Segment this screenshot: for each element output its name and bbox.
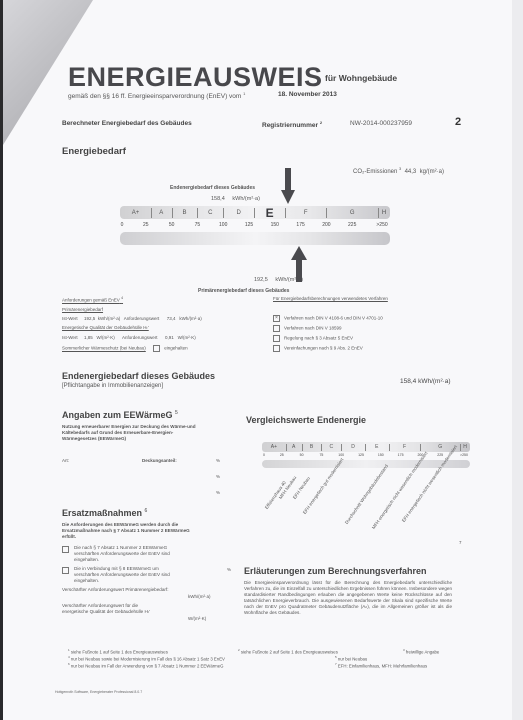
energiebedarf-heading: Energiebedarf [62,146,126,157]
class-divider [197,208,198,218]
class-divider [286,444,287,451]
verfahren-option: Verfahren nach DIN V 18599 [273,325,342,332]
header-left: Berechneter Energiebedarf des Gebäudes [62,120,192,127]
verfahren-checkbox[interactable] [273,345,280,352]
verfahren-checkbox[interactable] [273,335,280,342]
eewaermeg-col-deckung: Deckungsanteil: [142,458,177,463]
verfahren-option: ×Verfahren nach DIN V 4108-6 und DIN V 4… [273,315,383,322]
ersatz-req-primary-label: Verschärfter Anforderungswert Primärener… [62,587,172,593]
scale-tick-label: 75 [195,222,201,228]
anforderungen-heading: Anforderungen gemäß EnEV 4 [62,296,123,303]
comparison-class-b: B [302,442,322,452]
class-divider [389,444,390,451]
comparison-tick-label: 75 [319,453,323,457]
footnote-5: 5 nur bei Neubau [335,655,367,661]
scale-tick-label: 225 [348,222,356,228]
scale-tick-label: >250 [376,222,387,228]
scale-tick-label: 50 [169,222,175,228]
eewaermeg-percent-2: % [216,474,220,479]
class-divider [365,444,366,451]
energy-class-b: B [172,206,198,219]
energy-scale-bar: A+ABCDEFGH [120,206,390,219]
scale-tick-label: 25 [143,222,149,228]
end-energy-label: Endenergiebedarf dieses Gebäudes [170,185,255,191]
footnote-4: 4 nur bei Neubau sowie bei Modernisierun… [68,655,225,661]
comparison-tick-label: 125 [358,453,364,457]
eewaermeg-description: Nutzung erneuerbarer Energien zur Deckun… [62,424,197,442]
class-divider [151,208,152,218]
class-divider [223,208,224,218]
scale-tick-label: 125 [245,222,253,228]
class-divider [285,208,286,218]
hull-quality-heading: Energetische Qualität der Gebäudehülle H… [62,325,149,331]
class-divider [460,444,461,451]
ersatz-option-2-checkbox[interactable] [62,567,69,574]
energy-class-c: C [197,206,223,219]
summer-protection-row: Sommerlicher Wärmeschutz (bei Neubau) ei… [62,345,188,352]
page-number: 2 [455,116,461,128]
law-date: 18. November 2013 [278,91,337,98]
comparison-tick-label: 225 [437,453,443,457]
primary-ist-row: Ist-Wert 192,5 kWh/(m²·a) Anforderungswe… [62,316,202,321]
class-divider [378,208,379,218]
verfahren-option: Vereinfachungen nach § 9 Abs. 2 EnEV [273,345,363,352]
comparison-tick-label: 150 [378,453,384,457]
registry-number: NW-2014-000237959 [350,120,412,127]
footnote-1: 1 siehe Fußnote 1 auf Seite 1 des Energi… [68,648,168,654]
comparison-class-d: D [341,442,365,452]
comparison-class-a: A [286,442,302,452]
verfahren-heading: Für Energiebedarfsberechnungen verwendet… [273,296,388,301]
verfahren-option-label: Verfahren nach DIN V 18599 [284,326,342,331]
energy-class-h: H [378,206,390,219]
end-energy-arrow-icon [281,168,295,204]
vergleich-footnote: 7 [459,540,462,545]
hull-ist-row: Ist-Wert 1,85 W/(m²·K) Anforderungswert … [62,335,196,340]
erlaeuterungen-text: Die Energieeinsparverordnung lässt für d… [244,580,452,616]
scale-tick-label: 0 [121,222,124,228]
erlaeuterungen-heading: Erläuterungen zum Berechnungsverfahren [244,566,427,576]
ersatz-option-1-checkbox[interactable] [62,546,69,553]
law-reference: gemäß den §§ 16 ff. Energieeinsparverord… [68,91,245,100]
verfahren-option-label: Regelung nach § 3 Absatz 5 EnEV [284,336,353,341]
endenergie-summary-heading: Endenergiebedarf dieses Gebäudes [62,371,215,381]
energy-scale-lower-bar [120,232,390,245]
ersatz-heading: Ersatzmaßnahmen 6 [62,508,147,518]
scale-tick-label: 100 [219,222,227,228]
class-divider [321,444,322,451]
comparison-tick-label: 50 [300,453,304,457]
eewaermeg-col-art: Art: [62,458,69,463]
comparison-tick-label: 100 [338,453,344,457]
eewaermeg-percent-1: % [216,458,220,463]
footnote-6: 6 nur bei Neubau im Fall der Anwendung v… [68,662,223,668]
document-title: ENERGIEAUSWEIS [68,62,323,93]
comparison-class-e: E [365,442,389,452]
ersatz-req-hull-label: Verschärfter Anforderungswert für die en… [62,603,162,615]
scale-tick-label: 200 [322,222,330,228]
comparison-class-h: H [460,442,470,452]
document-subtitle: für Wohngebäude [325,73,397,83]
ersatz-option-2: Die in Verbindung mit § 8 EEWärmeG um ve… [62,566,197,584]
verfahren-option-label: Vereinfachungen nach § 9 Abs. 2 EnEV [284,346,363,351]
co2-emissions: CO₂-Emissionen 3 44,3 kg/(m²·a) [353,166,444,175]
energy-class-d: D [223,206,254,219]
software-note: Hottgenroth Software, Energieberater Pro… [55,690,142,694]
primary-energy-arrow-icon [291,246,307,282]
ersatz-req-hull-unit: W/(m²·K) [188,616,206,621]
scanner-edge [512,0,523,720]
comparison-class-c: C [321,442,341,452]
footnote-7: 7 EFH: Einfamilienhaus, MFH: Mehrfamilie… [335,662,427,668]
class-divider [326,208,327,218]
eewaermeg-heading: Angaben zum EEWärmeG 5 [62,410,178,420]
endenergie-summary-subheading: [Pflichtangabe in Immobilienanzeigen] [62,383,163,389]
class-divider [172,208,173,218]
ersatz-intro: Die Anforderungen des EEWärmeG werden du… [62,522,190,540]
summer-protection-checkbox[interactable] [153,345,160,352]
comparison-tick-label: 25 [280,453,284,457]
primary-requirement-heading: Primärenergiebedarf [62,307,103,312]
energy-class-g: G [326,206,378,219]
energy-class-e: E [254,206,285,219]
class-divider [254,208,255,218]
ersatz-option-2-unit: % [227,567,231,572]
comparison-tick-label: >250 [460,453,468,457]
verfahren-option-label: Verfahren nach DIN V 4108-6 und DIN V 47… [284,316,383,321]
vergleich-heading: Vergleichswerte Endenergie [246,415,366,425]
comparison-class-f: F [389,442,421,452]
footnote-2: 2 siehe Fußnote 2 auf Seite 1 des Energi… [238,648,338,654]
scale-tick-label: 150 [271,222,279,228]
verfahren-option: Regelung nach § 3 Absatz 5 EnEV [273,335,353,342]
ersatz-option-1: Die nach § 7 Absatz 1 Nummer 2 EEWärmeG … [62,545,197,563]
registry-label: Registriernummer 2 [262,120,322,129]
comparison-scale-bar: A+ABCDEFGH [262,442,470,452]
comparison-scale-numbers: 0255075100125150175200225>250 [262,453,470,459]
primary-energy-label: Primärenergiebedarf dieses Gebäudes [198,288,289,294]
endenergie-summary-value: 158,4 kWh/(m²·a) [400,378,451,385]
end-energy-value: 158,4 kWh/(m²·a) [211,196,260,202]
energy-scale-numbers: 0255075100125150175200225>250 [120,222,390,230]
comparison-tick-label: 175 [398,453,404,457]
energy-class-f: F [285,206,326,219]
ersatz-req-primary-unit: kWh/(m²·a) [188,594,211,599]
energy-class-a: A [151,206,172,219]
scale-tick-label: 175 [296,222,304,228]
verfahren-checkbox[interactable] [273,325,280,332]
eewaermeg-percent-3: % [216,490,220,495]
energy-class-aplus: A+ [120,206,151,219]
verfahren-checkbox[interactable]: × [273,315,280,322]
class-divider [302,444,303,451]
class-divider [341,444,342,451]
comparison-tick-label: 0 [263,453,265,457]
class-divider [420,444,421,451]
footnote-3: 3 freiwillige Angabe [403,648,439,654]
comparison-class-aplus: A+ [262,442,286,452]
